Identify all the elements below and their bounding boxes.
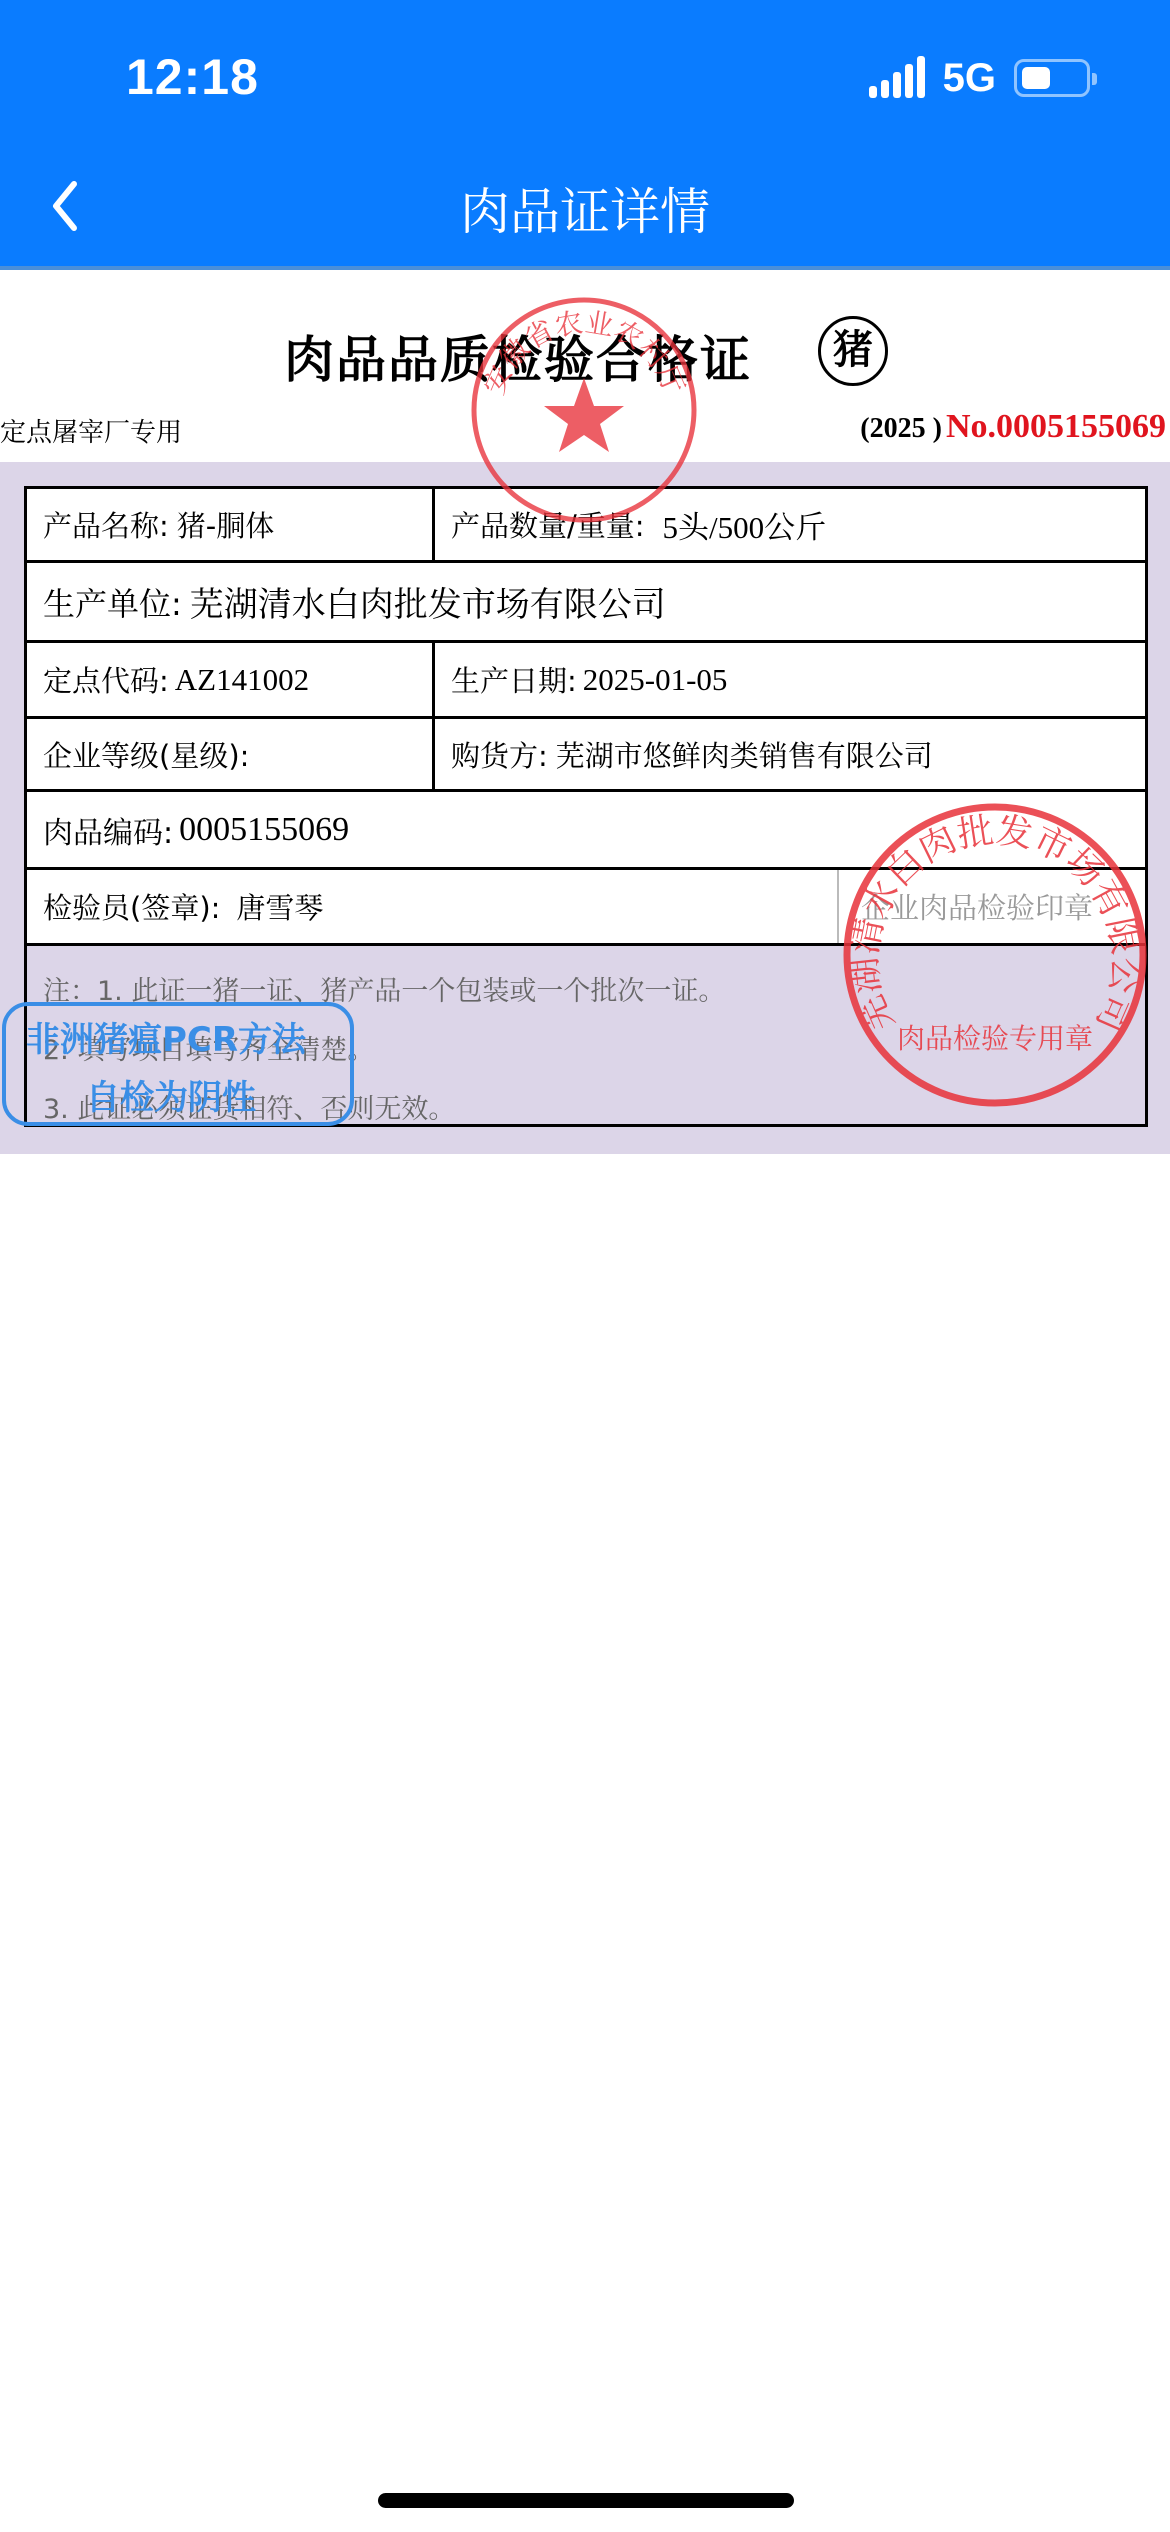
field-label: 产品名称: — [43, 504, 169, 545]
inspector-value: 唐雪琴 — [236, 886, 323, 927]
product-name-value: 猪-胴体 — [177, 504, 274, 545]
field-label: 生产日期: — [451, 659, 577, 700]
svg-text:芜湖清水白肉批发市场有限公司: 芜湖清水白肉批发市场有限公司 — [844, 810, 1146, 1038]
buyer-value: 芜湖市悠鲜肉类销售有限公司 — [556, 734, 933, 775]
table-row: 企业等级(星级): 购货方: 芜湖市悠鲜肉类销售有限公司 — [27, 716, 1145, 789]
network-type: 5G — [943, 56, 996, 101]
status-time: 12:18 — [126, 48, 259, 106]
production-date-cell: 生产日期: 2025-01-05 — [435, 643, 1145, 716]
government-seal-icon: 安徽省农业农村厅 — [466, 292, 702, 528]
buyer-cell: 购货方: 芜湖市悠鲜肉类销售有限公司 — [435, 719, 1145, 789]
table-row: 生产单位: 芜湖清水白肉批发市场有限公司 — [27, 560, 1145, 640]
producer-value: 芜湖清水白肉批发市场有限公司 — [190, 577, 666, 626]
field-label: 生产单位: — [43, 579, 182, 625]
overlay-line-2: 自检为阴性 — [86, 1070, 256, 1119]
table-row: 定点代码: AZ141002 生产日期: 2025-01-05 — [27, 640, 1145, 716]
product-name-cell: 产品名称: 猪-胴体 — [27, 489, 435, 560]
producer-cell: 生产单位: 芜湖清水白肉批发市场有限公司 — [27, 563, 1145, 640]
certificate-subtitle: 定点屠宰厂专用 — [0, 412, 182, 449]
field-label: 肉品编码: — [43, 808, 173, 852]
field-label: 定点代码: — [43, 659, 169, 700]
battery-icon — [1014, 59, 1090, 97]
home-indicator[interactable] — [378, 2493, 794, 2508]
header-divider — [0, 266, 1170, 270]
cellular-signal-icon — [869, 58, 925, 98]
asf-pcr-result-label: 非洲猪瘟PCR方法 自检为阴性 — [2, 1002, 354, 1126]
serial-year: (2025 ) — [860, 413, 942, 444]
overlay-line-1: 非洲猪瘟PCR方法 — [26, 1012, 306, 1061]
company-seal-text: 芜湖清水白肉批发市场有限公司 — [844, 810, 1146, 1038]
serial-no: No.0005155069 — [946, 408, 1166, 445]
production-date-value: 2025-01-05 — [583, 662, 728, 698]
page-title: 肉品证详情 — [0, 172, 1170, 244]
site-code-value: AZ141002 — [175, 662, 309, 698]
serial-number: (2025 ) No.0005155069 — [860, 408, 1166, 446]
field-label: 检验员(签章): — [43, 886, 220, 927]
app-header: 12:18 5G 肉品证详情 — [0, 0, 1170, 270]
meat-code-value: 0005155069 — [179, 811, 349, 849]
enterprise-grade-cell: 企业等级(星级): — [27, 719, 435, 789]
site-code-cell: 定点代码: AZ141002 — [27, 643, 435, 716]
field-label: 购货方: — [451, 734, 548, 775]
company-seal-icon: 芜湖清水白肉批发市场有限公司 肉品检验专用章 — [840, 800, 1150, 1110]
field-label: 企业等级(星级): — [43, 734, 249, 775]
company-seal-center-text: 肉品检验专用章 — [897, 1022, 1093, 1055]
species-badge: 猪 — [818, 316, 888, 386]
status-indicators: 5G — [869, 56, 1090, 100]
